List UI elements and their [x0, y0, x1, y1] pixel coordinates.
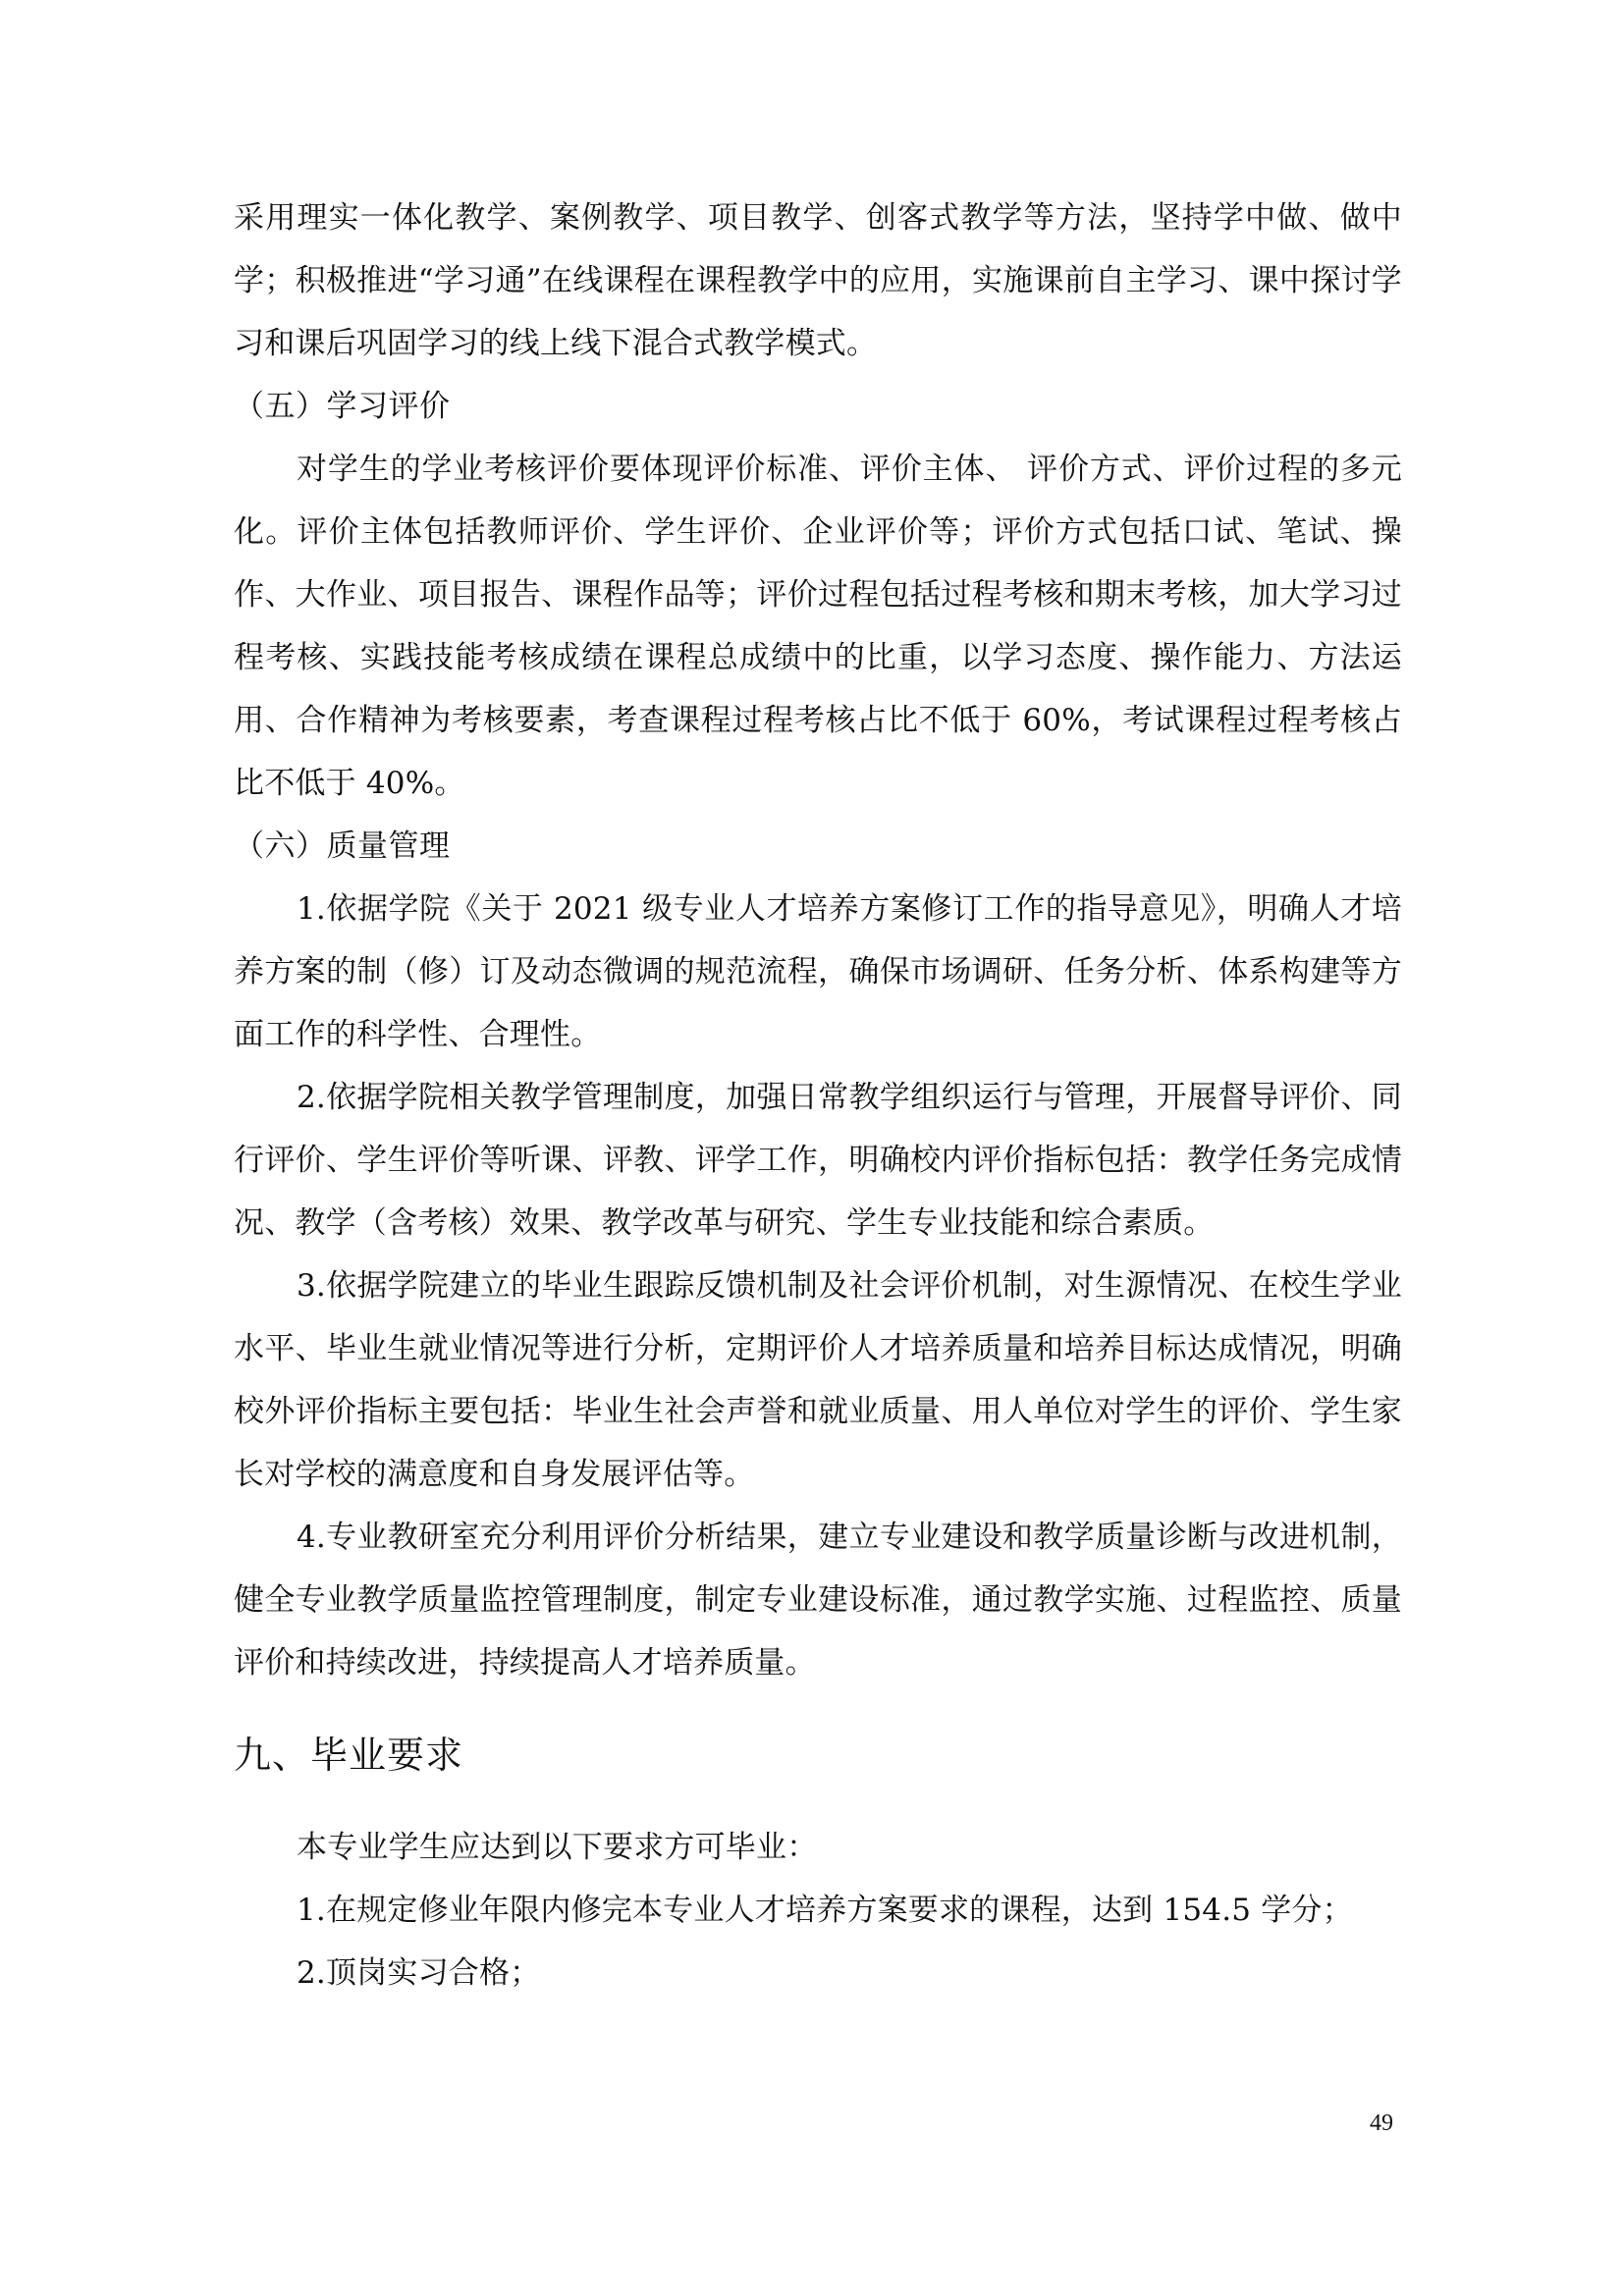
- subheading-quality-management: （六）质量管理: [234, 815, 1402, 878]
- page-number: 49: [1370, 2110, 1393, 2137]
- paragraph-quality-item-1: 1.依据学院《关于 2021 级专业人才培养方案修订工作的指导意见》，明确人才培…: [234, 878, 1402, 1066]
- paragraph-graduation-item-2: 2.顶岗实习合格；: [234, 1942, 1402, 2004]
- paragraph-quality-item-4: 4.专业教研室充分利用评价分析结果，建立专业建设和教学质量诊断与改进机制，健全专…: [234, 1506, 1402, 1694]
- section-heading-graduation-requirements: 九、毕业要求: [234, 1732, 1402, 1779]
- paragraph-graduation-item-1: 1.在规定修业年限内修完本专业人才培养方案要求的课程，达到 154.5 学分；: [234, 1879, 1402, 1942]
- subheading-learning-evaluation: （五）学习评价: [234, 375, 1402, 438]
- paragraph-graduation-intro: 本专业学生应达到以下要求方可毕业：: [234, 1816, 1402, 1879]
- document-page: 采用理实一体化教学、案例教学、项目教学、创客式教学等方法，坚持学中做、做中学；积…: [234, 187, 1402, 2004]
- paragraph-quality-item-2: 2.依据学院相关教学管理制度，加强日常教学组织运行与管理，开展督导评价、同行评价…: [234, 1066, 1402, 1255]
- paragraph-learning-evaluation: 对学生的学业考核评价要体现评价标准、评价主体、 评价方式、评价过程的多元化。评价…: [234, 438, 1402, 815]
- paragraph-quality-item-3: 3.依据学院建立的毕业生跟踪反馈机制及社会评价机制，对生源情况、在校生学业水平、…: [234, 1255, 1402, 1506]
- paragraph-teaching-methods: 采用理实一体化教学、案例教学、项目教学、创客式教学等方法，坚持学中做、做中学；积…: [234, 187, 1402, 375]
